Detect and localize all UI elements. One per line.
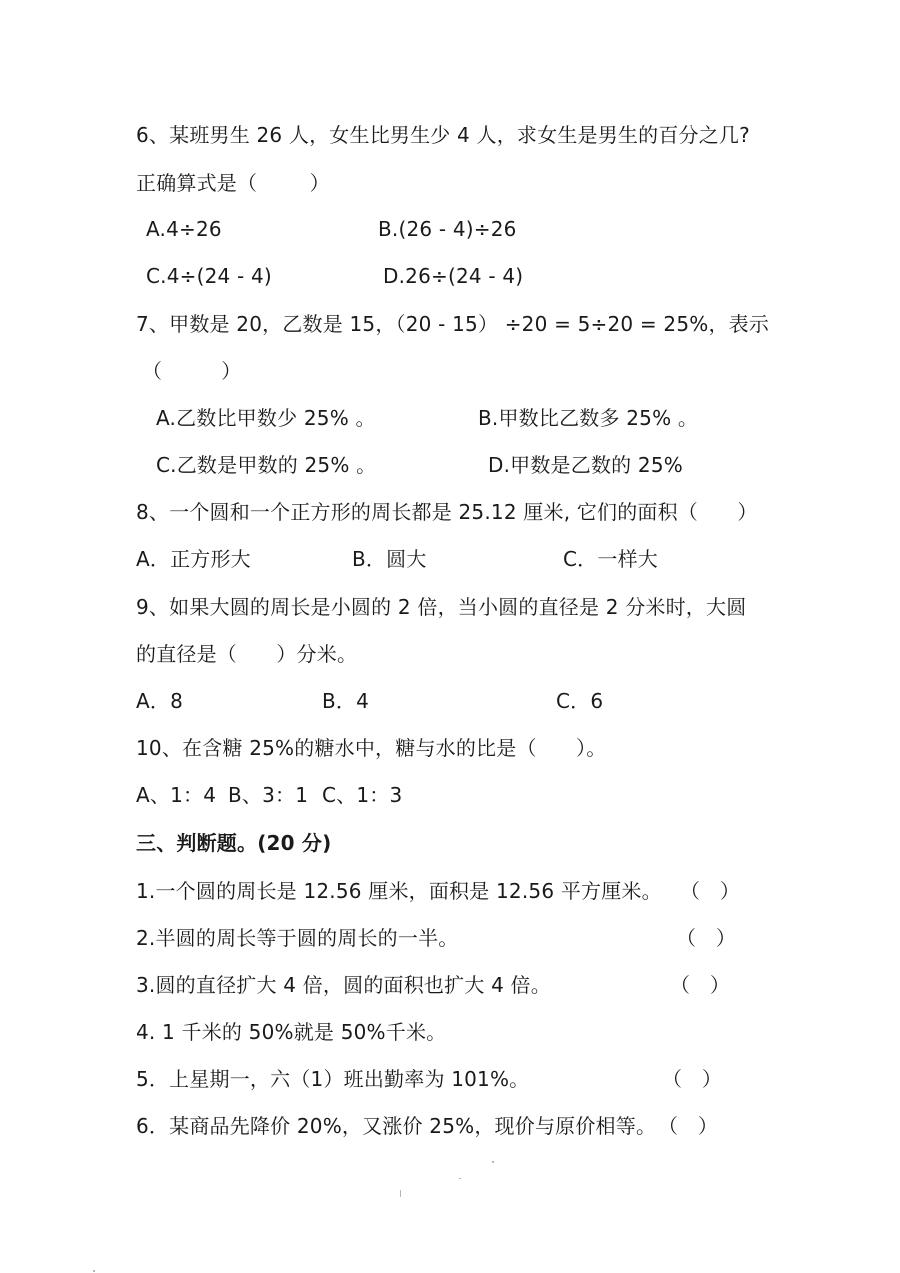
question-10-option-a: A、1：4 bbox=[136, 782, 216, 808]
question-6-option-a: A.4÷26 bbox=[146, 216, 222, 242]
question-6-line-2: 正确算式是（ ） bbox=[136, 170, 330, 196]
question-7-option-c: C.乙数是甲数的 25% 。 bbox=[156, 452, 376, 478]
judgement-item-5-text: 5．上星期一，六（1）班出勤率为 101%。 bbox=[136, 1066, 529, 1092]
question-6-line-1: 6、某班男生 26 人，女生比男生少 4 人，求女生是男生的百分之几? bbox=[136, 122, 750, 148]
question-10-option-c: C、1：3 bbox=[322, 782, 402, 808]
question-10-option-b: B、3：1 bbox=[228, 782, 308, 808]
question-8-line-1: 8、一个圆和一个正方形的周长都是 25.12 厘米, 它们的面积（ ） bbox=[136, 499, 758, 525]
question-9-option-c: C．6 bbox=[556, 688, 603, 714]
question-6-option-d: D.26÷(24 - 4) bbox=[383, 263, 523, 289]
judgement-item-5-blank: （ ） bbox=[662, 1066, 722, 1092]
judgement-item-6-blank: （ ） bbox=[658, 1113, 718, 1139]
question-7-option-d: D.甲数是乙数的 25% bbox=[488, 452, 683, 478]
judgement-item-2-blank: （ ） bbox=[676, 925, 736, 951]
judgement-item-2-text: 2.半圆的周长等于圆的周长的一半。 bbox=[136, 925, 458, 951]
question-9-option-a: A．8 bbox=[136, 688, 183, 714]
question-10-line-1: 10、在含糖 25%的糖水中，糖与水的比是（ ）。 bbox=[136, 735, 606, 761]
question-7-option-a: A.乙数比甲数少 25% 。 bbox=[156, 405, 376, 431]
question-9-line-1: 9、如果大圆的周长是小圆的 2 倍，当小圆的直径是 2 分米时，大圆 bbox=[136, 594, 746, 620]
worksheet-page: 6、某班男生 26 人，女生比男生少 4 人，求女生是男生的百分之几? 正确算式… bbox=[0, 0, 900, 1273]
scan-speck bbox=[400, 1190, 401, 1197]
judgement-item-3-text: 3.圆的直径扩大 4 倍，圆的面积也扩大 4 倍。 bbox=[136, 972, 551, 998]
question-6-option-c: C.4÷(24 - 4) bbox=[146, 263, 272, 289]
question-7-line-2: （ ） bbox=[142, 358, 241, 384]
question-7-option-b: B.甲数比乙数多 25% 。 bbox=[478, 405, 698, 431]
judgement-item-3-blank: （ ） bbox=[670, 972, 730, 998]
question-8-option-a: A．正方形大 bbox=[136, 546, 251, 572]
scan-speck bbox=[459, 1178, 461, 1179]
question-9-option-b: B．4 bbox=[322, 688, 369, 714]
scan-speck bbox=[492, 1161, 494, 1163]
scan-speck bbox=[93, 1270, 95, 1272]
judgement-item-1-blank: （ ） bbox=[680, 878, 740, 904]
question-8-option-c: C．一样大 bbox=[563, 546, 658, 572]
question-7-line-1: 7、甲数是 20，乙数是 15，（20 - 15） ÷20 = 5÷20 = 2… bbox=[136, 311, 769, 337]
judgement-item-4-text: 4. 1 千米的 50%就是 50%千米。 bbox=[136, 1019, 446, 1045]
question-6-option-b: B.(26 - 4)÷26 bbox=[378, 216, 517, 242]
judgement-item-1-text: 1.一个圆的周长是 12.56 厘米，面积是 12.56 平方厘米。 bbox=[136, 878, 662, 904]
question-9-line-2: 的直径是（ ）分米。 bbox=[136, 641, 357, 667]
judgement-item-6-text: 6．某商品先降价 20%，又涨价 25%，现价与原价相等。 bbox=[136, 1113, 656, 1139]
section-three-heading: 三、判断题。(20 分) bbox=[136, 830, 331, 856]
question-8-option-b: B．圆大 bbox=[352, 546, 427, 572]
